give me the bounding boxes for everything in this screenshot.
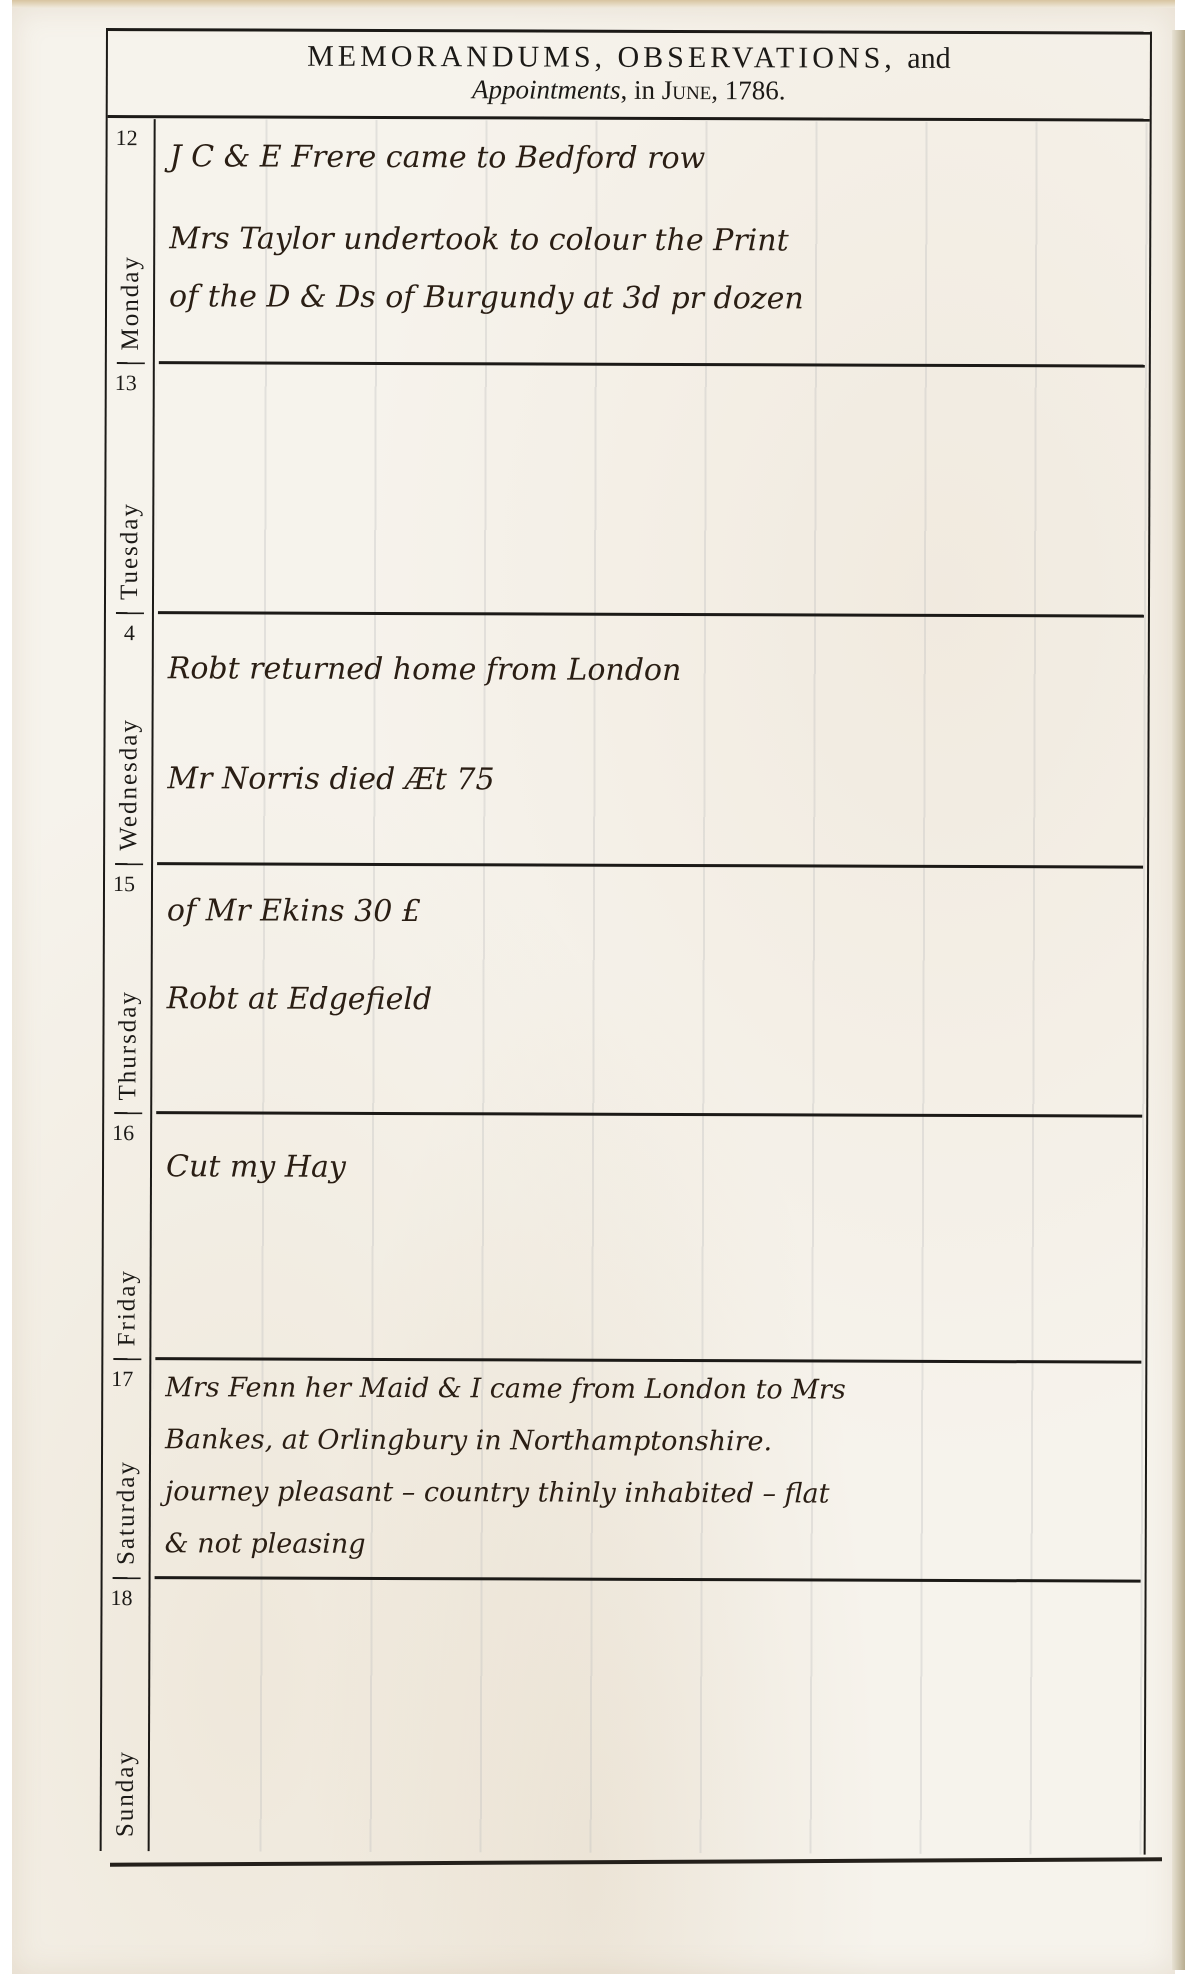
header-title-line2: Appointments, in June, 1786.: [108, 73, 1150, 108]
header-year: , 1786.: [711, 75, 785, 105]
header-appointments: Appointments: [472, 74, 621, 105]
entry-line: Bankes, at Orlingbury in Northamptonshir…: [165, 1414, 1137, 1469]
entry-line: & not pleasing: [165, 1518, 1137, 1573]
day-row-wednesday: 4 Wednesday Robt returned home from Lond…: [105, 614, 1148, 869]
entry-line: Cut my Hay: [166, 1128, 1138, 1209]
header-title-tail: and: [907, 42, 950, 75]
entry-line: Mr Norris died Æt 75: [167, 724, 1139, 837]
header-in: , in: [620, 75, 655, 105]
date-number: 17: [111, 1366, 133, 1392]
weekday-label: Thursday: [114, 990, 142, 1101]
date-number: 4: [124, 620, 135, 646]
entry-line: J C & E Frere came to Bedford row: [169, 121, 1141, 196]
weekday-label: Wednesday: [115, 718, 143, 851]
date-number: 13: [115, 370, 137, 396]
page-edge: [1172, 30, 1185, 1970]
entry-line: of the D & Ds of Burgundy at 3d pr dozen: [169, 261, 1141, 336]
diary-frame: MEMORANDUMS, OBSERVATIONS, and Appointme…: [100, 28, 1152, 1855]
date-number: 16: [112, 1120, 134, 1146]
day-row-friday: 16 Friday Cut my Hay: [103, 1114, 1146, 1364]
weekday-label: Friday: [113, 1269, 141, 1346]
day-row-monday: 12 Monday J C & E Frere came to Bedford …: [107, 119, 1150, 368]
handwritten-entry: of Mr Ekins 30 £ Robt at Edgefield: [166, 867, 1139, 1046]
weekday-label: Monday: [117, 255, 145, 350]
handwritten-entry: Mrs Fenn her Maid & I came from London t…: [165, 1362, 1138, 1573]
entry-line: of Mr Ekins 30 £: [167, 867, 1139, 958]
handwritten-entry: Robt returned home from London Mr Norris…: [167, 614, 1140, 837]
entry-line: Mrs Fenn her Maid & I came from London t…: [165, 1362, 1137, 1417]
weekday-label: Sunday: [112, 1750, 140, 1837]
date-number: 18: [110, 1585, 132, 1611]
handwritten-entry: J C & E Frere came to Bedford row Mrs Ta…: [169, 121, 1142, 336]
entry-line: Robt at Edgefield: [166, 955, 1138, 1046]
day-row-sunday: 18 Sunday: [102, 1579, 1145, 1855]
date-number: 12: [116, 125, 138, 151]
header-title: MEMORANDUMS, OBSERVATIONS,: [307, 40, 896, 75]
day-row-saturday: 17 Saturday Mrs Fenn her Maid & I came f…: [103, 1360, 1146, 1583]
header-title-line1: MEMORANDUMS, OBSERVATIONS, and: [108, 39, 1150, 77]
handwritten-entry: Cut my Hay: [166, 1128, 1138, 1209]
header-month: June: [662, 75, 712, 105]
date-number: 15: [113, 871, 135, 897]
day-row-tuesday: 13 Tuesday: [106, 364, 1149, 618]
entry-line: journey pleasant – country thinly inhabi…: [165, 1466, 1137, 1521]
page-header: MEMORANDUMS, OBSERVATIONS, and Appointme…: [108, 31, 1150, 122]
day-row-thursday: 15 Thursday of Mr Ekins 30 £ Robt at Edg…: [104, 865, 1147, 1118]
entry-line: Robt returned home from London: [168, 614, 1140, 727]
weekday-label: Tuesday: [116, 502, 144, 600]
weekday-label: Saturday: [113, 1460, 141, 1565]
